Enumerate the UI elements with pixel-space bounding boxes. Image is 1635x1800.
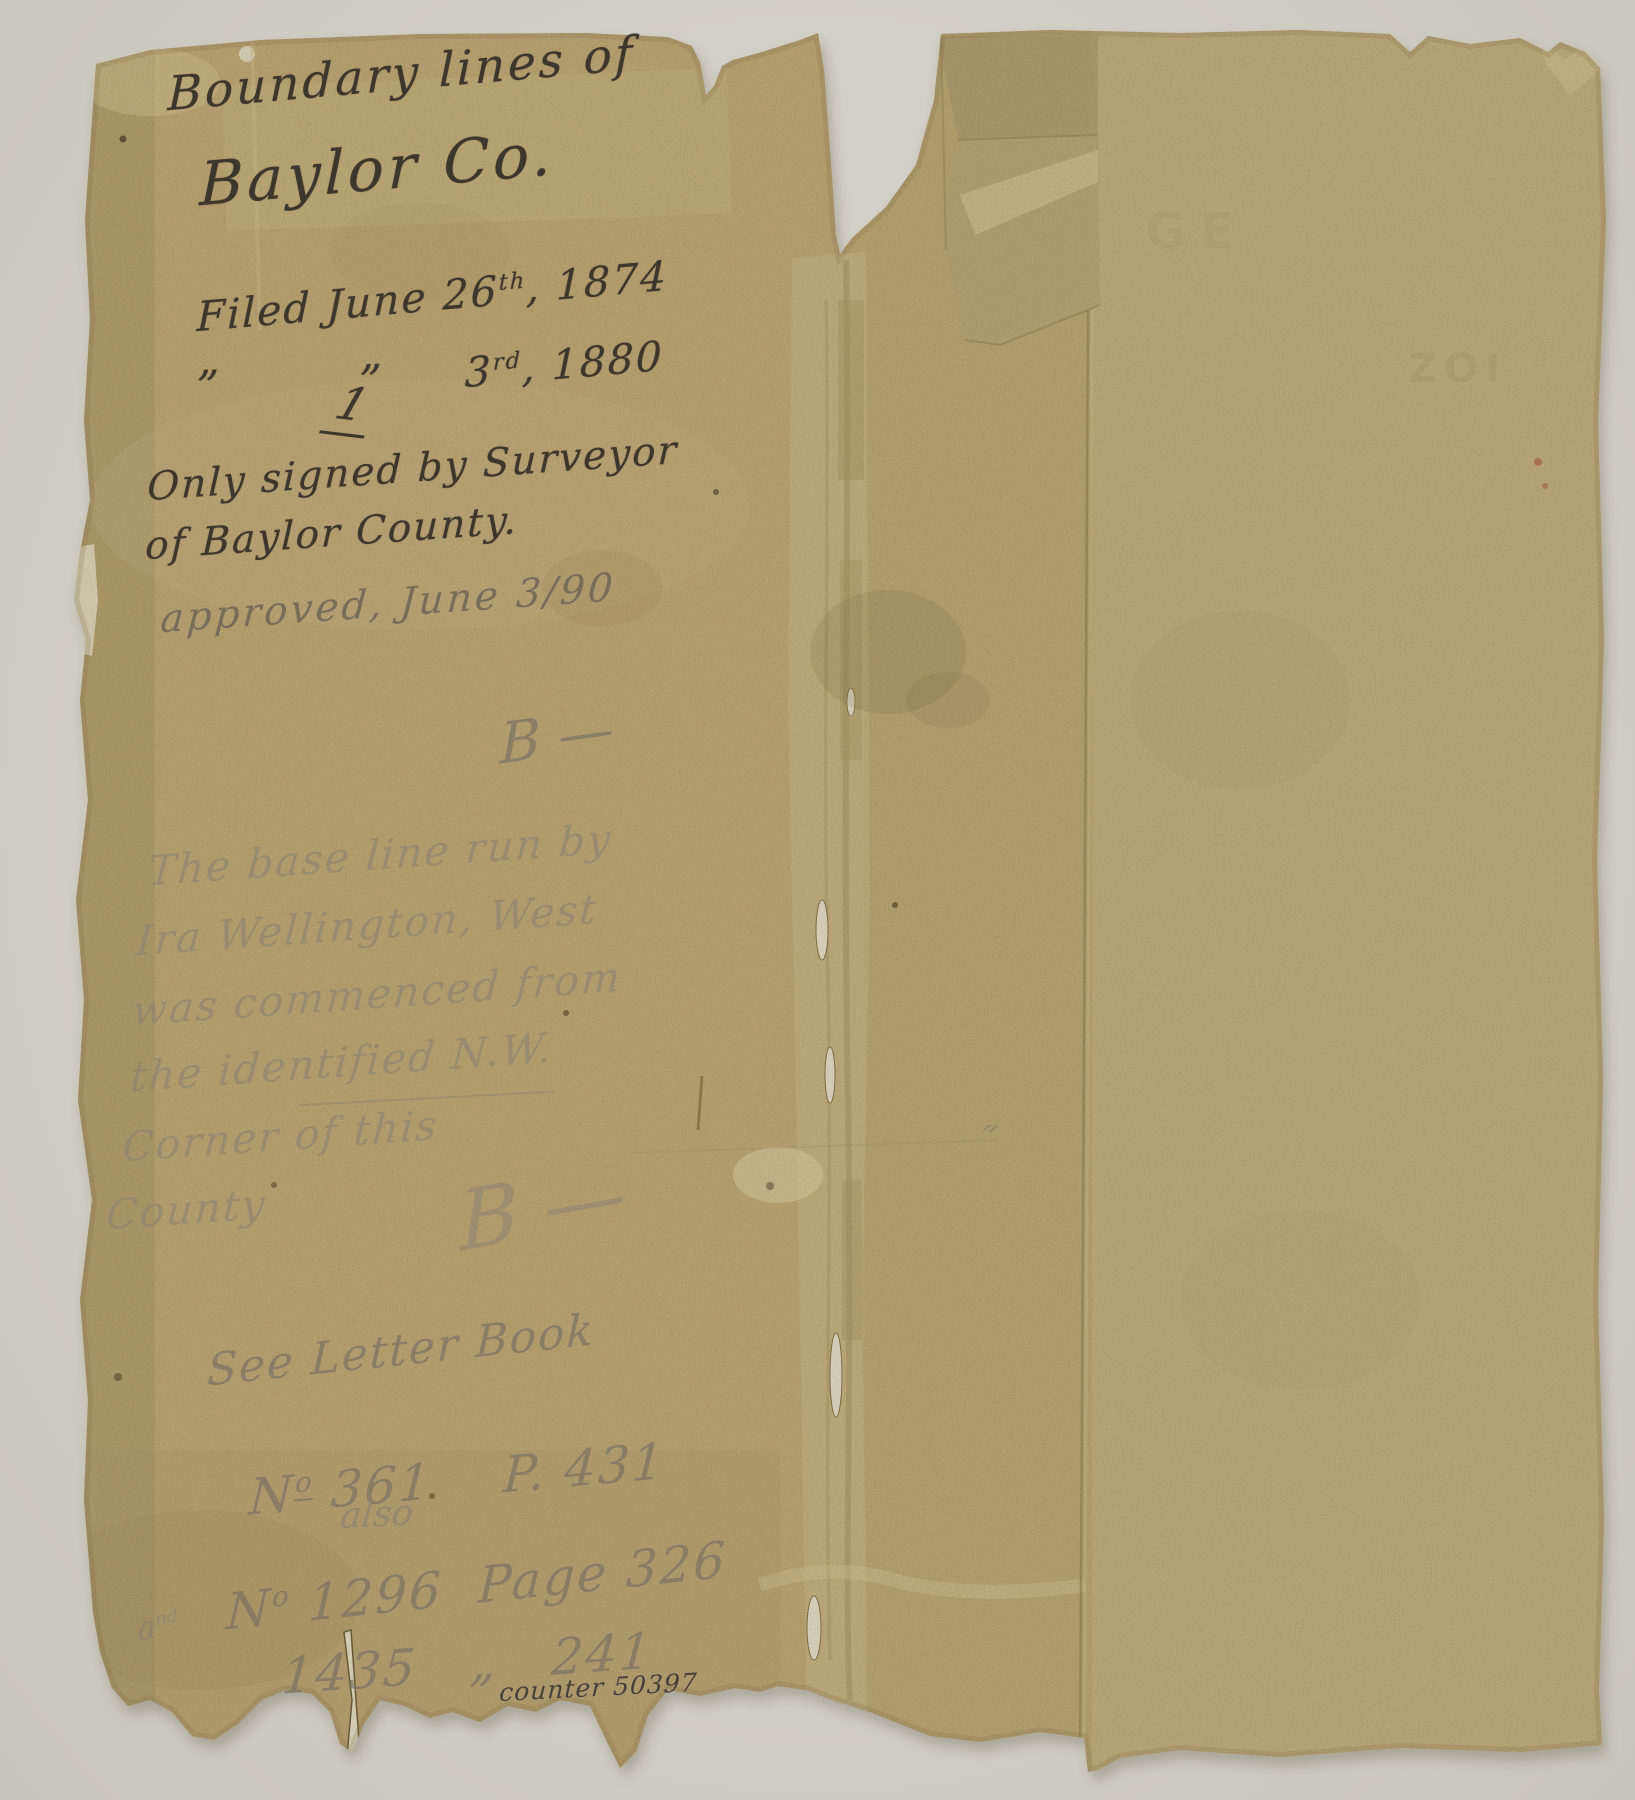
filed-line-1-superscript: th	[498, 268, 526, 297]
filed-line-2-superscript: rd	[493, 347, 523, 376]
reference-and-prefix: and	[94, 1571, 182, 1690]
photo-backdrop: Boundary lines of Baylor Co. Filed June …	[0, 0, 1635, 1800]
filed-line-2: 3rd, 1880	[404, 291, 665, 443]
show-through-top: GE	[1145, 205, 1248, 258]
reference-line-5-number: 1435	[280, 1637, 419, 1705]
filed-line-2-year: , 1880	[521, 332, 664, 393]
show-through-middle: ZOI	[1408, 348, 1507, 390]
pencil-note-line-6: County	[105, 1183, 268, 1238]
reference-line-2-superscript: o	[294, 1465, 314, 1501]
reference-line-2-n: N	[248, 1464, 297, 1526]
filed-line-2-text: 3	[464, 347, 493, 398]
reference-and-superscript: nd	[155, 1605, 179, 1630]
reference-line-5: 1435 „ 241	[205, 1571, 659, 1761]
reference-line-5-gap-1	[415, 1634, 473, 1696]
